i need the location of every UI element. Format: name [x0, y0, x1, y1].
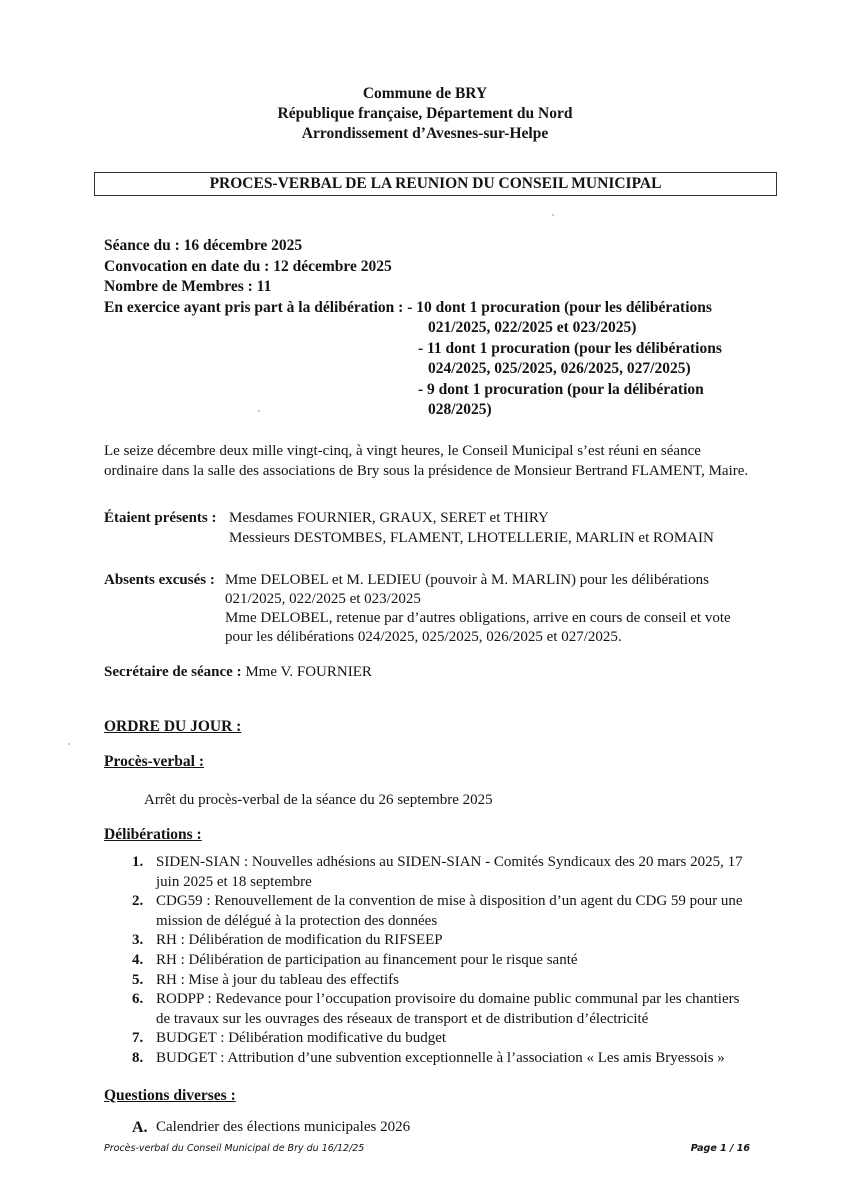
exercice-line: - 11 dont 1 procuration (pour les délibé… [104, 339, 722, 360]
item-text: CDG59 : Renouvellement de la convention … [156, 893, 743, 929]
arrondissement-line: Arrondissement d’Avesnes-sur-Helpe [0, 124, 850, 144]
exercice-line: 021/2025, 022/2025 et 023/2025) [104, 318, 722, 339]
secretaire-row: Secrétaire de séance : Mme V. FOURNIER [104, 662, 754, 682]
document-title: PROCES-VERBAL DE LA REUNION DU CONSEIL M… [94, 172, 777, 196]
secretaire-label: Secrétaire de séance : [104, 664, 242, 680]
scan-speck [68, 743, 70, 745]
item-number: 7. [132, 1029, 143, 1049]
absents-line: Mme DELOBEL et M. LEDIEU (pouvoir à M. M… [225, 570, 709, 590]
deliberation-item: 8.BUDGET : Attribution d’une subvention … [104, 1049, 754, 1069]
deliberations-heading: Délibérations : [104, 826, 202, 844]
item-number: 4. [132, 951, 143, 971]
scan-speck [258, 410, 260, 412]
commune-header: Commune de BRY République française, Dép… [0, 84, 850, 144]
exercice-label: En exercice ayant pris part à la délibér… [104, 299, 403, 316]
deliberation-item: 4.RH : Délibération de participation au … [104, 951, 754, 971]
deliberations-list: 1.SIDEN-SIAN : Nouvelles adhésions au SI… [104, 853, 754, 1069]
item-text: BUDGET : Délibération modificative du bu… [156, 1030, 446, 1046]
commune-name: Commune de BRY [0, 84, 850, 104]
item-text: RH : Mise à jour du tableau des effectif… [156, 972, 399, 988]
presents-block: Étaient présents : Mesdames FOURNIER, GR… [104, 508, 754, 548]
item-number: 8. [132, 1049, 143, 1069]
question-item: A.Calendrier des élections municipales 2… [104, 1118, 754, 1138]
convocation-date: Convocation en date du : 12 décembre 202… [104, 257, 722, 278]
deliberation-item: 7.BUDGET : Délibération modificative du … [104, 1029, 754, 1049]
deliberation-item: 6.RODPP : Redevance pour l’occupation pr… [104, 990, 754, 1029]
item-letter: A. [132, 1118, 148, 1138]
absents-line: 021/2025, 022/2025 et 023/2025 [225, 589, 421, 609]
intro-paragraph: Le seize décembre deux mille vingt-cinq,… [104, 441, 754, 481]
member-count: Nombre de Membres : 11 [104, 277, 722, 298]
exercice-line: 024/2025, 025/2025, 026/2025, 027/2025) [104, 359, 722, 380]
exercice-line: 028/2025) [104, 400, 722, 421]
deliberation-item: 1.SIDEN-SIAN : Nouvelles adhésions au SI… [104, 853, 754, 892]
page-footer: Procès-verbal du Conseil Municipal de Br… [104, 1143, 750, 1154]
presents-label: Étaient présents : [104, 508, 217, 528]
footer-document-ref: Procès-verbal du Conseil Municipal de Br… [104, 1143, 364, 1154]
absents-line: pour les délibérations 024/2025, 025/202… [225, 627, 622, 647]
absents-label: Absents excusés : [104, 570, 215, 590]
proces-verbal-heading: Procès-verbal : [104, 753, 204, 771]
questions-list: A.Calendrier des élections municipales 2… [104, 1118, 754, 1138]
presents-line: Mesdames FOURNIER, GRAUX, SERET et THIRY [229, 508, 549, 528]
region-line: République française, Département du Nor… [0, 104, 850, 124]
exercice-line: - 9 dont 1 procuration (pour la délibéra… [104, 380, 722, 401]
item-number: 1. [132, 853, 143, 873]
item-text: Calendrier des élections municipales 202… [156, 1119, 410, 1135]
exercice-line: - 10 dont 1 procuration (pour les délibé… [407, 299, 712, 316]
scan-speck [552, 214, 554, 216]
item-number: 3. [132, 931, 143, 951]
seance-date: Séance du : 16 décembre 2025 [104, 236, 722, 257]
item-text: RH : Délibération de modification du RIF… [156, 932, 443, 948]
deliberation-item: 2.CDG59 : Renouvellement de la conventio… [104, 892, 754, 931]
item-number: 2. [132, 892, 143, 912]
item-number: 6. [132, 990, 143, 1010]
absents-block: Absents excusés : Mme DELOBEL et M. LEDI… [104, 570, 754, 650]
item-text: RODPP : Redevance pour l’occupation prov… [156, 991, 739, 1027]
exercice-row: En exercice ayant pris part à la délibér… [104, 298, 722, 319]
document-page: Commune de BRY République française, Dép… [0, 0, 850, 1200]
secretaire-value: Mme V. FOURNIER [245, 664, 372, 680]
ordre-du-jour-heading: ORDRE DU JOUR : [104, 718, 241, 736]
item-text: SIDEN-SIAN : Nouvelles adhésions au SIDE… [156, 854, 743, 890]
absents-line: Mme DELOBEL, retenue par d’autres obliga… [225, 608, 731, 628]
questions-diverses-heading: Questions diverses : [104, 1087, 236, 1105]
presents-line: Messieurs DESTOMBES, FLAMENT, LHOTELLERI… [229, 528, 714, 548]
page-number: Page 1 / 16 [691, 1143, 750, 1154]
session-meta: Séance du : 16 décembre 2025 Convocation… [104, 236, 722, 421]
proces-verbal-item: Arrêt du procès-verbal de la séance du 2… [144, 790, 794, 810]
deliberation-item: 3.RH : Délibération de modification du R… [104, 931, 754, 951]
item-text: RH : Délibération de participation au fi… [156, 952, 578, 968]
item-text: BUDGET : Attribution d’une subvention ex… [156, 1050, 725, 1066]
item-number: 5. [132, 971, 143, 991]
deliberation-item: 5.RH : Mise à jour du tableau des effect… [104, 971, 754, 991]
